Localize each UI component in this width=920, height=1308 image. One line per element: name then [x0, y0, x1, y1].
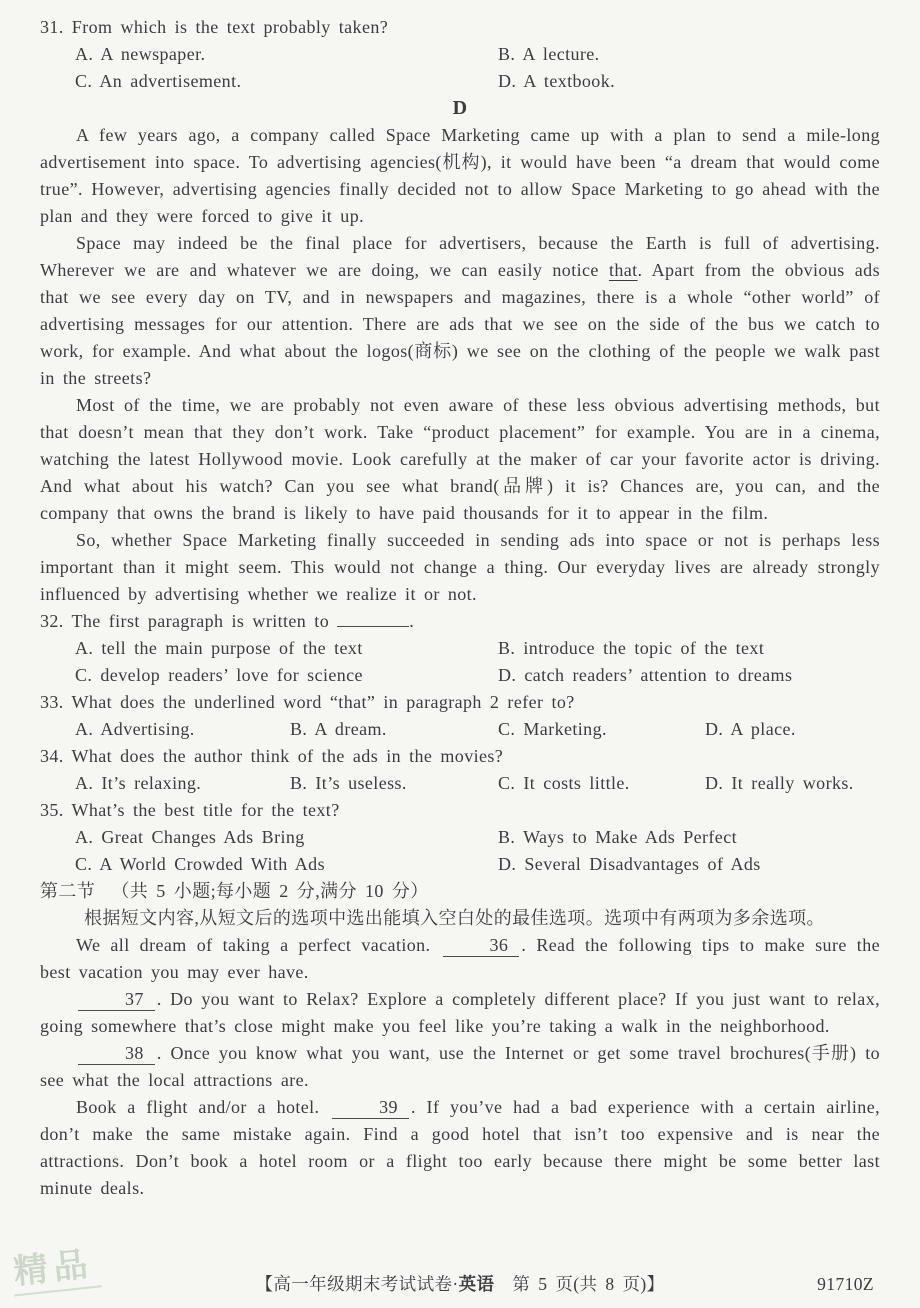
cloze-paragraph-37: 37. Do you want to Relax? Explore a comp…	[40, 986, 880, 1040]
footer-paper-title: 【高一年级期末考试试卷·英语 第 5 页(共 8 页)】	[255, 1274, 664, 1294]
footer-subject-bold: 英语	[459, 1274, 495, 1294]
q35-stem: 35. What’s the best title for the text?	[40, 797, 880, 824]
q33-option-b: B. A dream.	[290, 716, 498, 743]
passage-paragraph-2: Space may indeed be the final place for …	[40, 230, 880, 392]
q31-option-d: D. A textbook.	[498, 68, 880, 95]
section2-instruction: 根据短文内容,从短文后的选项中选出能填入空白处的最佳选项。选项中有两项为多余选项…	[40, 905, 880, 932]
exam-paper-page: 31. From which is the text probably take…	[0, 0, 920, 1308]
q32-options-row-1: A. tell the main purpose of the text B. …	[40, 635, 880, 662]
q34-options-row: A. It’s relaxing. B. It’s useless. C. It…	[40, 770, 880, 797]
q32-stem-text: 32. The first paragraph is written to	[40, 611, 337, 631]
page-footer: 【高一年级期末考试试卷·英语 第 5 页(共 8 页)】 91710Z	[0, 1271, 920, 1298]
q32-options-row-2: C. develop readers’ love for science D. …	[40, 662, 880, 689]
q32-answer-blank	[337, 608, 409, 627]
page-content: 31. From which is the text probably take…	[40, 14, 880, 1202]
q34-option-d: D. It really works.	[705, 770, 880, 797]
q34-option-c: C. It costs little.	[498, 770, 705, 797]
q34-option-b: B. It’s useless.	[290, 770, 498, 797]
p36-text-before: We all dream of taking a perfect vacatio…	[76, 935, 441, 955]
q34-option-a: A. It’s relaxing.	[75, 770, 290, 797]
passage-paragraph-4: So, whether Space Marketing finally succ…	[40, 527, 880, 608]
cloze-paragraph-36: We all dream of taking a perfect vacatio…	[40, 932, 880, 986]
q35-option-c: C. A World Crowded With Ads	[75, 851, 498, 878]
q33-option-d: D. A place.	[705, 716, 880, 743]
q35-option-a: A. Great Changes Ads Bring	[75, 824, 498, 851]
blank-36: 36	[443, 934, 520, 957]
p38-text-after: . Once you know what you want, use the I…	[40, 1043, 880, 1090]
q35-options-row-1: A. Great Changes Ads Bring B. Ways to Ma…	[40, 824, 880, 851]
q31-option-b: B. A lecture.	[498, 41, 880, 68]
q31-stem: 31. From which is the text probably take…	[40, 14, 880, 41]
q32-stem-period: .	[409, 611, 414, 631]
blank-39: 39	[332, 1096, 409, 1119]
q31-option-c: C. An advertisement.	[75, 68, 498, 95]
q33-options-row: A. Advertising. B. A dream. C. Marketing…	[40, 716, 880, 743]
q32-option-c: C. develop readers’ love for science	[75, 662, 498, 689]
q32-option-d: D. catch readers’ attention to dreams	[498, 662, 880, 689]
q34-stem: 34. What does the author think of the ad…	[40, 743, 880, 770]
q35-option-d: D. Several Disadvantages of Ads	[498, 851, 880, 878]
passage-paragraph-1: A few years ago, a company called Space …	[40, 122, 880, 230]
q33-stem: 33. What does the underlined word “that”…	[40, 689, 880, 716]
blank-37: 37	[78, 988, 155, 1011]
q31-options-row-2: C. An advertisement. D. A textbook.	[40, 68, 880, 95]
underlined-word-that: that	[609, 260, 638, 280]
footer-title-pre: 【高一年级期末考试试卷·	[255, 1274, 458, 1294]
q33-option-c: C. Marketing.	[498, 716, 705, 743]
p39-text-before: Book a flight and/or a hotel.	[76, 1097, 330, 1117]
p37-text-after: . Do you want to Relax? Explore a comple…	[40, 989, 880, 1036]
q35-option-b: B. Ways to Make Ads Perfect	[498, 824, 880, 851]
passage-d-label: D	[40, 95, 880, 122]
section2-heading: 第二节 （共 5 小题;每小题 2 分,满分 10 分）	[40, 878, 880, 905]
q32-option-a: A. tell the main purpose of the text	[75, 635, 498, 662]
cloze-paragraph-38: 38. Once you know what you want, use the…	[40, 1040, 880, 1094]
q31-options-row-1: A. A newspaper. B. A lecture.	[40, 41, 880, 68]
passage-paragraph-3: Most of the time, we are probably not ev…	[40, 392, 880, 527]
cloze-paragraph-39: Book a flight and/or a hotel. 39. If you…	[40, 1094, 880, 1202]
q31-option-a: A. A newspaper.	[75, 41, 498, 68]
footer-title-post: 第 5 页(共 8 页)】	[494, 1274, 664, 1294]
q32-stem: 32. The first paragraph is written to .	[40, 608, 880, 635]
q35-options-row-2: C. A World Crowded With Ads D. Several D…	[40, 851, 880, 878]
paper-code: 91710Z	[817, 1271, 874, 1298]
q32-option-b: B. introduce the topic of the text	[498, 635, 880, 662]
blank-38: 38	[78, 1042, 155, 1065]
q33-option-a: A. Advertising.	[75, 716, 290, 743]
